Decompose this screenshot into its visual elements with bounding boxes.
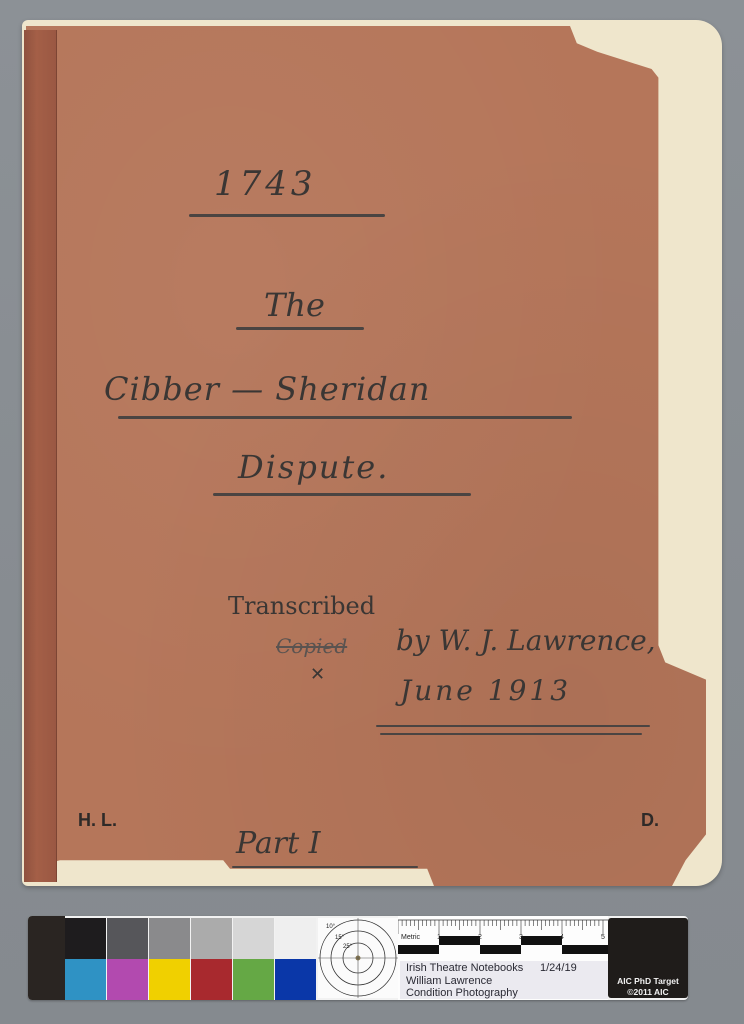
year-text: 1743: [214, 164, 317, 204]
ruler-tick-1: 1: [437, 934, 441, 941]
gray-swatch-5: [233, 918, 274, 959]
aic-brand-line2: ©2011 AIC: [608, 987, 688, 997]
bullseye-target: 10° 15° 25°: [318, 918, 398, 998]
bullseye-label-10: 10°: [326, 924, 335, 930]
info-author: William Lawrence: [406, 975, 608, 988]
gray-swatch-4: [191, 918, 232, 959]
names-underline: [118, 416, 572, 419]
yellow-swatch: [149, 959, 190, 1000]
ruler-ticks: [398, 916, 608, 960]
gray-swatch-1: [65, 918, 106, 959]
cyan-swatch: [65, 959, 106, 1000]
title-names: Cibber — Sheridan: [104, 370, 430, 408]
ruler-tick-4: 4: [560, 934, 564, 941]
target-info-label: Irish Theatre Notebooks 1/24/19 William …: [400, 961, 608, 999]
black-end-patch: [28, 916, 65, 1000]
info-purpose: Condition Photography: [406, 987, 608, 1000]
transcribed-text: Transcribed: [228, 592, 375, 620]
info-date: 1/24/19: [540, 962, 577, 975]
ruler-tick-5: 5: [601, 934, 605, 941]
date-underline-1: [376, 725, 650, 727]
part-underline: [232, 866, 418, 868]
year-underline: [189, 214, 385, 217]
aic-brand-patch: AIC PhD Target ©2011 AIC: [608, 918, 688, 998]
caret-mark: ✕: [310, 664, 325, 685]
notebook-spine: [24, 30, 57, 882]
title-the: The: [264, 286, 325, 324]
color-calibration-target: 10° 15° 25° Metric 1 2 3 4 5 Irish Theat…: [28, 916, 688, 1000]
gray-swatch-3: [149, 918, 190, 959]
stamp-d: D.: [641, 810, 659, 831]
struck-word: Copied: [276, 634, 347, 658]
part-text: Part I: [236, 826, 321, 861]
title-dispute: Dispute.: [238, 448, 389, 486]
info-collection: Irish Theatre Notebooks: [406, 962, 608, 975]
gray-swatch-6: [275, 918, 316, 959]
gray-swatch-2: [107, 918, 148, 959]
ruler-tick-3: 3: [519, 934, 523, 941]
bullseye-label-25: 25°: [343, 944, 352, 950]
magenta-swatch: [107, 959, 148, 1000]
blue-swatch: [275, 959, 316, 1000]
ruler-tick-2: 2: [478, 934, 482, 941]
date-underline-2: [380, 733, 642, 735]
red-swatch: [191, 959, 232, 1000]
stamp-hl: H. L.: [78, 810, 117, 831]
ruler-metric-label: Metric: [401, 934, 420, 941]
byline-text: by W. J. Lawrence,: [396, 624, 656, 657]
bullseye-icon: [318, 918, 398, 998]
the-underline: [236, 327, 364, 330]
green-swatch: [233, 959, 274, 1000]
aic-brand-line1: AIC PhD Target: [608, 976, 688, 986]
bullseye-label-15: 15°: [335, 935, 344, 941]
dispute-underline: [213, 493, 471, 496]
date-text: June 1913: [400, 674, 571, 707]
